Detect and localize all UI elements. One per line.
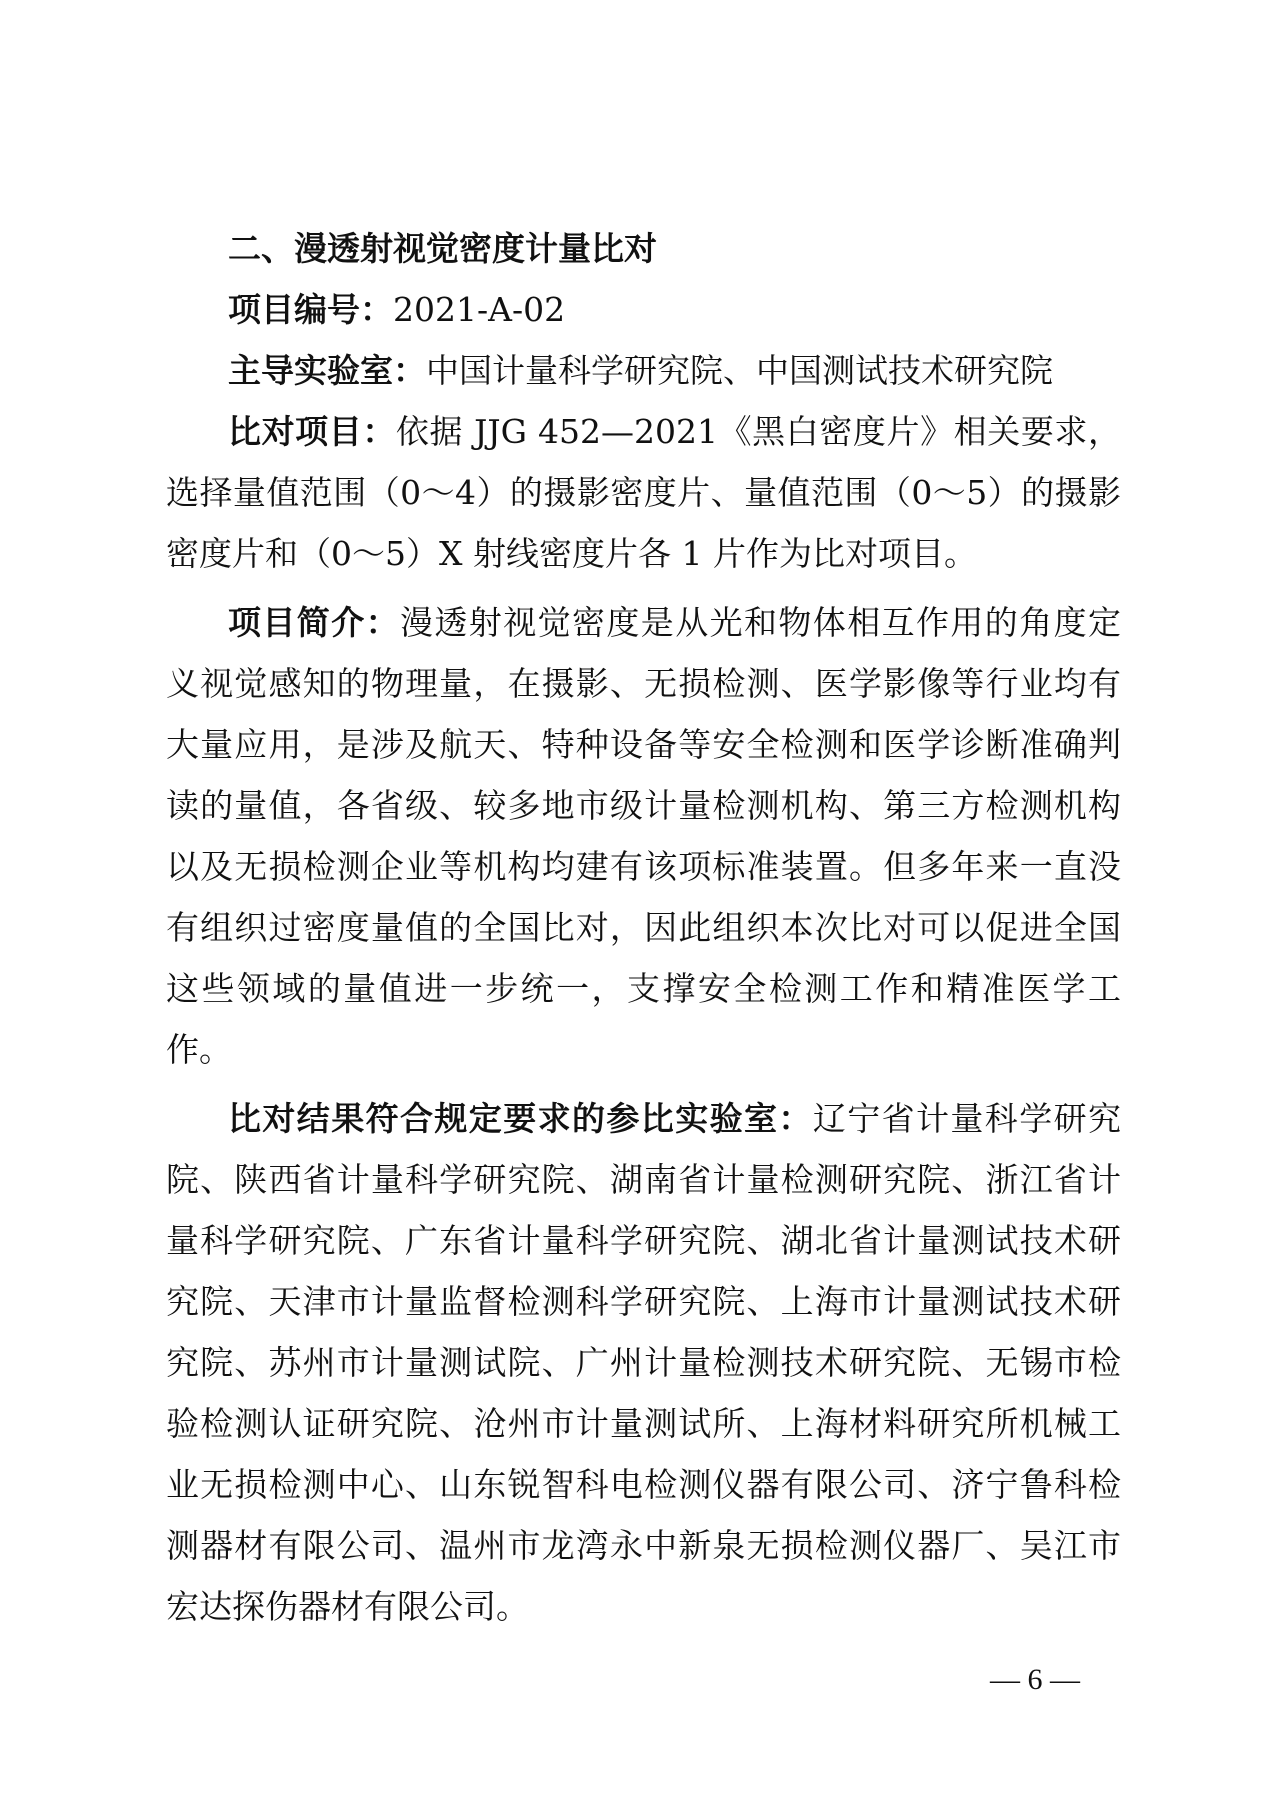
project-number-label: 项目编号： (228, 290, 393, 329)
introduction-line: 以及无损检测企业等机构均建有该项标准装置。但多年来一直没 (166, 845, 1121, 889)
comparison-items-line: 比对项目：依据 JJG 452—2021《黑白密度片》相关要求， (228, 410, 1121, 454)
qualified-labs-label: 比对结果符合规定要求的参比实验室： (228, 1099, 813, 1138)
qualified-labs-line: 比对结果符合规定要求的参比实验室：辽宁省计量科学研究 (228, 1097, 1121, 1141)
paragraph-text: 依据 JJG 452—2021《黑白密度片》相关要求， (396, 412, 1121, 451)
section-title: 二、漫透射视觉密度计量比对 (228, 227, 1121, 271)
paragraph-text: 漫透射视觉密度是从光和物体相互作用的角度定 (400, 603, 1121, 642)
qualified-labs-line: 究院、苏州市计量测试院、广州计量检测技术研究院、无锡市检 (166, 1341, 1121, 1385)
lead-labs-value: 中国计量科学研究院、中国测试技术研究院 (426, 351, 1053, 390)
qualified-labs-line: 测器材有限公司、温州市龙湾永中新泉无损检测仪器厂、吴江市 (166, 1524, 1121, 1568)
qualified-labs-line: 验检测认证研究院、沧州市计量测试所、上海材料研究所机械工 (166, 1402, 1121, 1446)
comparison-items-line: 密度片和（0～5）X 射线密度片各 1 片作为比对项目。 (166, 532, 1121, 576)
introduction-line: 项目简介：漫透射视觉密度是从光和物体相互作用的角度定 (228, 601, 1121, 645)
introduction-line: 读的量值，各省级、较多地市级计量检测机构、第三方检测机构 (166, 784, 1121, 828)
introduction-line: 有组织过密度量值的全国比对，因此组织本次比对可以促进全国 (166, 906, 1121, 950)
introduction-line: 义视觉感知的物理量，在摄影、无损检测、医学影像等行业均有 (166, 662, 1121, 706)
qualified-labs-line: 量科学研究院、广东省计量科学研究院、湖北省计量测试技术研 (166, 1219, 1121, 1263)
qualified-labs-line: 院、陕西省计量科学研究院、湖南省计量检测研究院、浙江省计 (166, 1158, 1121, 1202)
section-title-text: 二、漫透射视觉密度计量比对 (228, 229, 657, 268)
lead-labs: 主导实验室：中国计量科学研究院、中国测试技术研究院 (228, 349, 1121, 393)
qualified-labs-line: 究院、天津市计量监督检测科学研究院、上海市计量测试技术研 (166, 1280, 1121, 1324)
introduction-line: 这些领域的量值进一步统一，支撑安全检测工作和精准医学工 (166, 967, 1121, 1011)
comparison-items-line: 选择量值范围（0～4）的摄影密度片、量值范围（0～5）的摄影 (166, 471, 1121, 515)
document-page: 二、漫透射视觉密度计量比对 项目编号：2021-A-02 主导实验室：中国计量科… (0, 0, 1280, 1810)
project-number: 项目编号：2021-A-02 (228, 288, 1121, 332)
project-number-value: 2021-A-02 (393, 290, 565, 329)
qualified-labs-line: 宏达探伤器材有限公司。 (166, 1585, 1121, 1629)
qualified-labs-line: 业无损检测中心、山东锐智科电检测仪器有限公司、济宁鲁科检 (166, 1463, 1121, 1507)
page-number: — 6 — (975, 1660, 1095, 1700)
lead-labs-label: 主导实验室： (228, 351, 426, 390)
introduction-line: 大量应用，是涉及航天、特种设备等安全检测和医学诊断准确判 (166, 723, 1121, 767)
paragraph-text: 辽宁省计量科学研究 (813, 1099, 1121, 1138)
introduction-line: 作。 (166, 1028, 1121, 1072)
introduction-label: 项目简介： (228, 603, 400, 642)
comparison-items-label: 比对项目： (228, 412, 396, 451)
